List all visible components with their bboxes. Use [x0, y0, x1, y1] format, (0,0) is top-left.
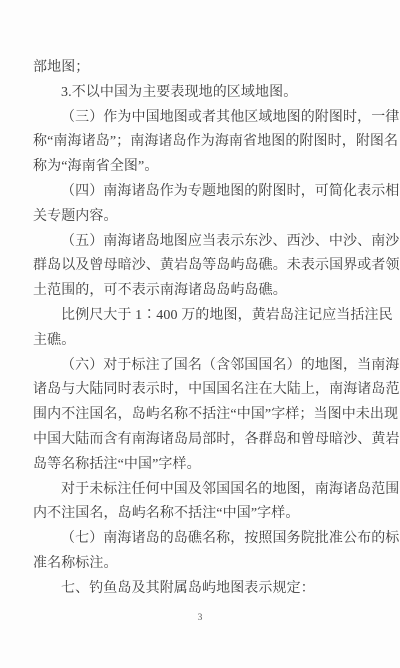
text-line: 围内不注国名，岛屿名称不括注“中国”字样；当图中未出现: [33, 403, 369, 428]
text-line: （三）作为中国地图或者其他区域地图的附图时，一律: [33, 106, 369, 131]
text-line: （四）南海诸岛作为专题地图的附图时，可简化表示相: [33, 180, 369, 205]
text-line: 3.不以中国为主要表现地的区域地图。: [33, 81, 369, 106]
text-line: 岛等名称括注“中国”字样。: [33, 453, 369, 478]
text-line: （六）对于标注了国名（含邻国国名）的地图，当南海: [33, 354, 369, 379]
text-line: 主礁。: [33, 329, 369, 354]
text-line: 部地图；: [33, 56, 369, 81]
text-line: 对于未标注任何中国及邻国国名的地图，南海诸岛范围: [33, 478, 369, 503]
text-line: 称“南海诸岛”；南海诸岛作为海南省地图的附图时，附图名: [33, 130, 369, 155]
body-text: 部地图；3.不以中国为主要表现地的区域地图。（三）作为中国地图或者其他区域地图的…: [33, 56, 369, 602]
text-line: 诸岛与大陆同时表示时，中国国名注在大陆上，南海诸岛范: [33, 378, 369, 403]
text-line: 七、钓鱼岛及其附属岛屿地图表示规定：: [33, 577, 369, 602]
text-line: 土范围的，可不表示南海诸岛岛屿岛礁。: [33, 279, 369, 304]
text-line: （七）南海诸岛的岛礁名称，按照国务院批准公布的标: [33, 527, 369, 552]
text-line: （五）南海诸岛地图应当表示东沙、西沙、中沙、南沙: [33, 230, 369, 255]
text-line: 群岛以及曾母暗沙、黄岩岛等岛屿岛礁。未表示国界或者领: [33, 254, 369, 279]
text-line: 比例尺大于 1∶400 万的地图，黄岩岛注记应当括注民: [33, 304, 369, 329]
text-line: 中国大陆而含有南海诸岛局部时，各群岛和曾母暗沙、黄岩: [33, 428, 369, 453]
text-line: 称为“海南省全图”。: [33, 155, 369, 180]
text-line: 关专题内容。: [33, 205, 369, 230]
text-line: 内不注国名，岛屿名称不括注“中国”字样。: [33, 502, 369, 527]
text-line: 准名称标注。: [33, 552, 369, 577]
document-page: 部地图；3.不以中国为主要表现地的区域地图。（三）作为中国地图或者其他区域地图的…: [0, 0, 400, 668]
page-number: 3: [0, 613, 400, 623]
